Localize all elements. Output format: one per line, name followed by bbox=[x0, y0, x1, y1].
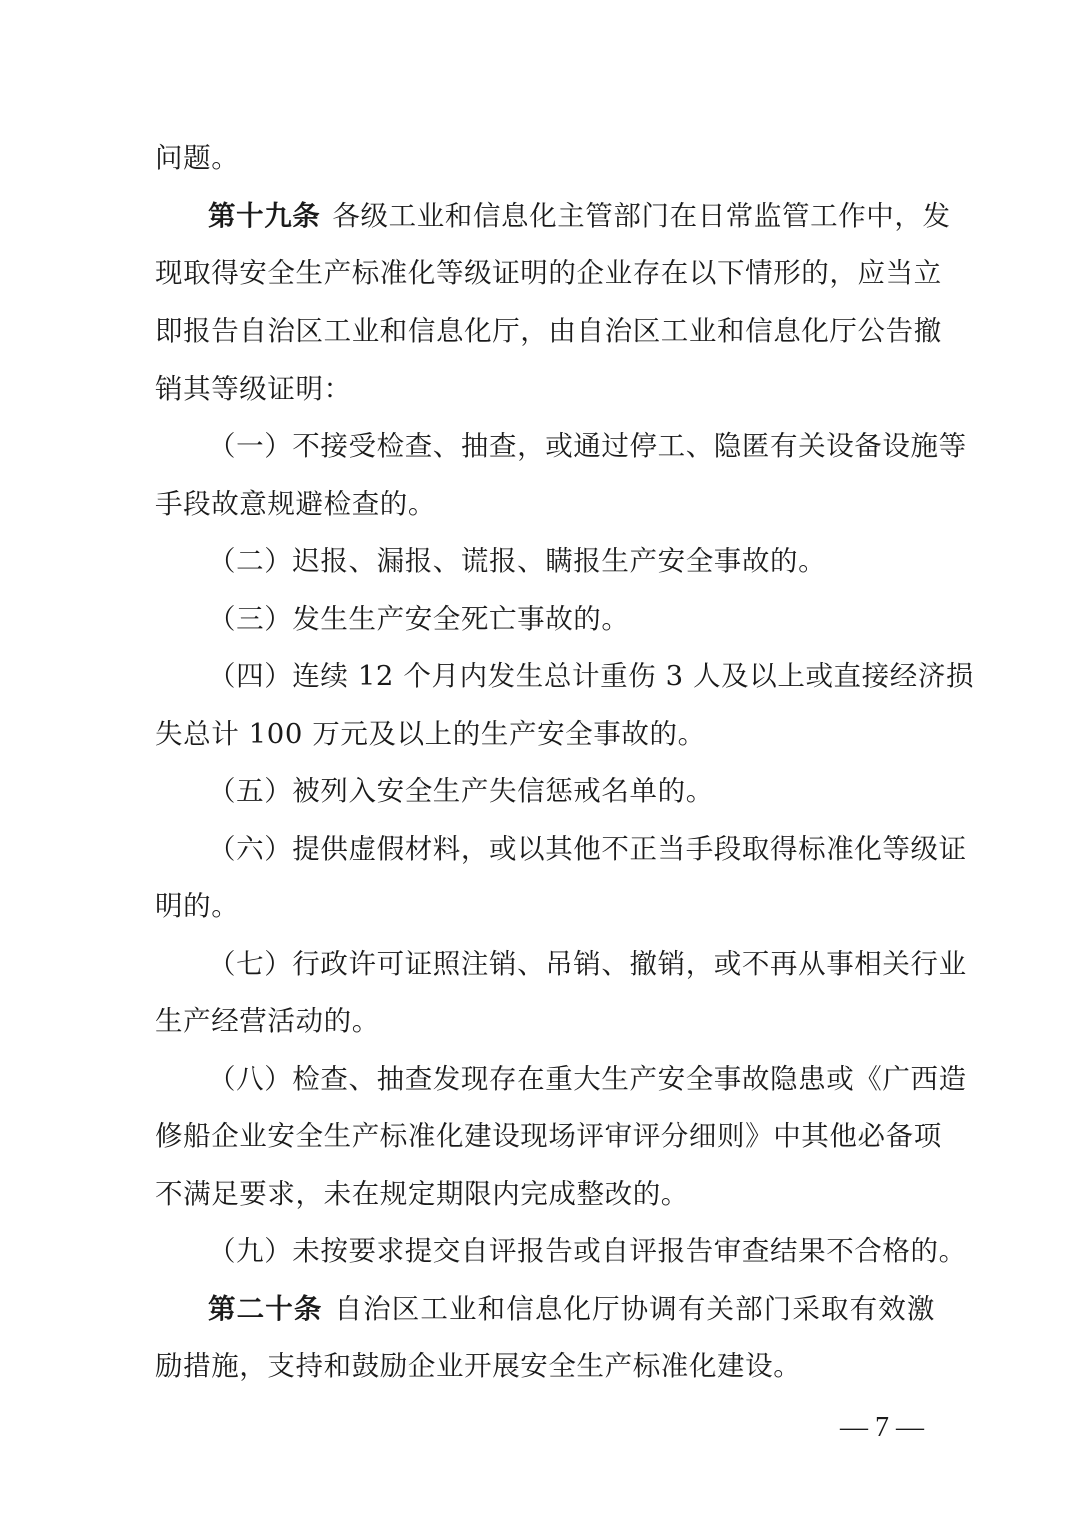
article-19-line-2: 现取得安全生产标准化等级证明的企业存在以下情形的，应当立 bbox=[155, 253, 935, 293]
article-20-text: 自治区工业和信息化厅协调有关部门采取有效激 bbox=[334, 1293, 935, 1325]
article-20-line-2: 励措施，支持和鼓励企业开展安全生产标准化建设。 bbox=[155, 1346, 935, 1386]
clause-4-line-2: 失总计 100 万元及以上的生产安全事故的。 bbox=[155, 714, 935, 754]
article-19-label: 第十九条 bbox=[208, 200, 320, 232]
document-page: 问题。 第十九条各级工业和信息化主管部门在日常监管工作中，发 现取得安全生产标准… bbox=[0, 0, 1074, 1520]
clause-1-line-2: 手段故意规避检查的。 bbox=[155, 484, 935, 524]
article-19-line-3: 即报告自治区工业和信息化厅，由自治区工业和信息化厅公告撤 bbox=[155, 311, 935, 351]
clause-8-line-2: 修船企业安全生产标准化建设现场评审评分细则》中其他必备项 bbox=[155, 1116, 935, 1156]
clause-5: （五）被列入安全生产失信惩戒名单的。 bbox=[208, 771, 935, 811]
article-19-line-4: 销其等级证明： bbox=[155, 369, 935, 409]
article-19-text: 各级工业和信息化主管部门在日常监管工作中，发 bbox=[332, 200, 950, 232]
clause-2: （二）迟报、漏报、谎报、瞒报生产安全事故的。 bbox=[208, 541, 935, 581]
article-19-heading-line: 第十九条各级工业和信息化主管部门在日常监管工作中，发 bbox=[208, 196, 935, 236]
text-line-continuation: 问题。 bbox=[155, 138, 935, 178]
clause-6-line-1: （六）提供虚假材料，或以其他不正当手段取得标准化等级证 bbox=[208, 829, 935, 869]
clause-7-line-1: （七）行政许可证照注销、吊销、撤销，或不再从事相关行业 bbox=[208, 944, 935, 984]
clause-1-line-1: （一）不接受检查、抽查，或通过停工、隐匿有关设备设施等 bbox=[208, 426, 935, 466]
clause-4-line-1: （四）连续 12 个月内发生总计重伤 3 人及以上或直接经济损 bbox=[208, 656, 935, 696]
clause-9: （九）未按要求提交自评报告或自评报告审查结果不合格的。 bbox=[208, 1231, 935, 1271]
page-number: — 7 — bbox=[840, 1408, 924, 1448]
clause-7-line-2: 生产经营活动的。 bbox=[155, 1001, 935, 1041]
article-20-heading-line: 第二十条自治区工业和信息化厅协调有关部门采取有效激 bbox=[208, 1289, 935, 1329]
clause-8-line-1: （八）检查、抽查发现存在重大生产安全事故隐患或《广西造 bbox=[208, 1059, 935, 1099]
clause-6-line-2: 明的。 bbox=[155, 886, 935, 926]
clause-8-line-3: 不满足要求，未在规定期限内完成整改的。 bbox=[155, 1174, 935, 1214]
clause-3: （三）发生生产安全死亡事故的。 bbox=[208, 599, 935, 639]
article-20-label: 第二十条 bbox=[208, 1293, 322, 1325]
